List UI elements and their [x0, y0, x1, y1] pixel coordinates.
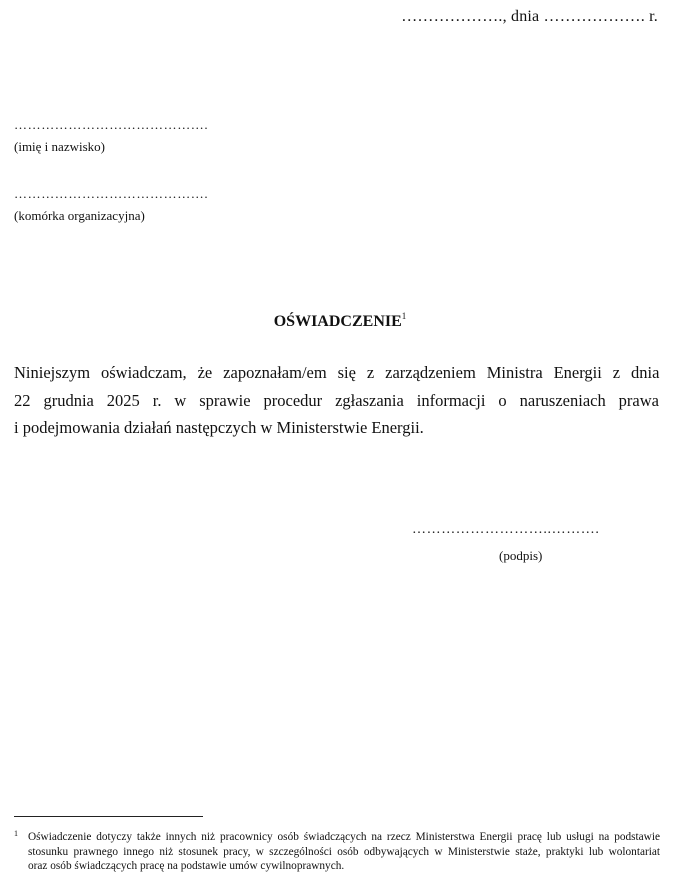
footnote-mark: 1 — [14, 827, 18, 842]
name-field-dots: ……………………………………. — [14, 117, 208, 133]
declaration-body: Niniejszym oświadczam, że zapoznałam/em … — [14, 359, 659, 442]
signature-dots: ………………………..………. — [412, 522, 600, 538]
name-field-label: (imię i nazwisko) — [14, 139, 105, 155]
footnote-line: Oświadczenie dotyczy także innych niż pr… — [28, 830, 660, 845]
title-text: OŚWIADCZENIE — [274, 313, 402, 330]
unit-field-dots: ……………………………………. — [14, 186, 208, 202]
body-line: 22 grudnia 2025 r. w sprawie procedur zg… — [14, 387, 659, 415]
footnote-line: oraz osób świadczących pracę na podstawi… — [28, 859, 660, 874]
document-title: OŚWIADCZENIE1 — [0, 311, 680, 331]
unit-field-label: (komórka organizacyjna) — [14, 208, 145, 224]
body-line: Niniejszym oświadczam, że zapoznałam/em … — [14, 359, 659, 387]
signature-label: (podpis) — [499, 548, 542, 564]
place-date-line: ………………., dnia ………………. r. — [401, 8, 658, 26]
footnote-separator — [14, 816, 203, 817]
body-line: i podejmowania działań następczych w Min… — [14, 414, 659, 442]
footnote-line: stosunku prawnego innego niż stosunek pr… — [28, 845, 660, 860]
title-footnote-ref: 1 — [402, 311, 407, 321]
footnote: 1 Oświadczenie dotyczy także innych niż … — [14, 830, 660, 874]
